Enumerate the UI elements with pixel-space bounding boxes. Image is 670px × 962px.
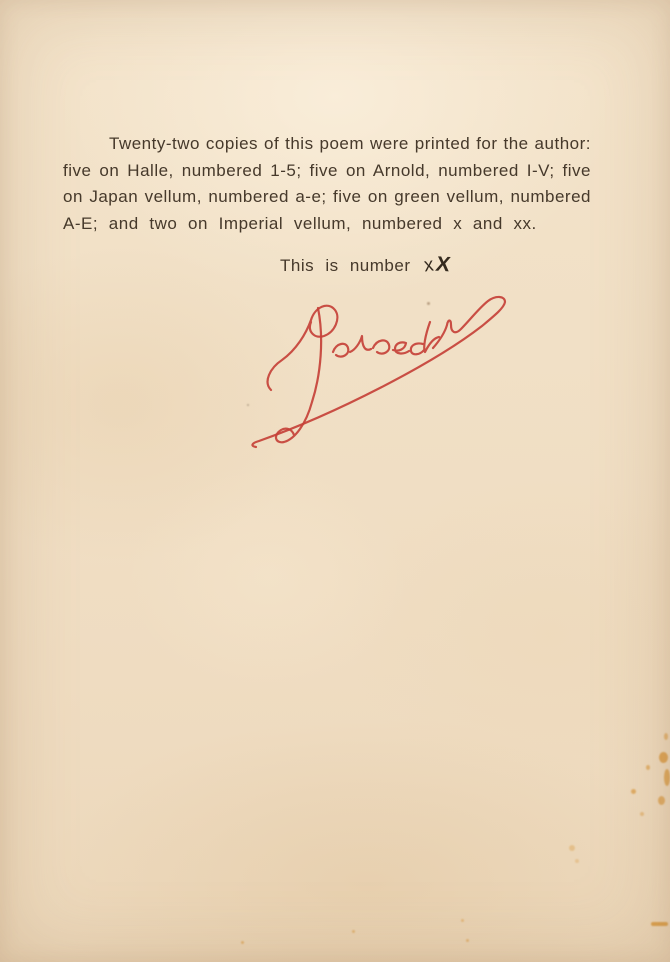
foxing-stain xyxy=(646,765,650,770)
foxing-stain xyxy=(466,939,469,942)
author-signature-red-ink xyxy=(237,288,517,453)
colophon-line: A-E; and two on Imperial vellum, numbere… xyxy=(63,211,591,238)
foxing-stain xyxy=(575,859,579,863)
foxing-stain xyxy=(352,930,355,933)
foxing-stain xyxy=(569,845,575,851)
limitation-number-line: This is number x X xyxy=(30,254,670,276)
colophon-line: Twenty-two copies of this poem were prin… xyxy=(63,131,591,158)
number-label: This is number xyxy=(280,256,410,276)
foxing-stain xyxy=(631,789,636,794)
colophon-line: on Japan vellum, numbered a-e; five on g… xyxy=(63,184,591,211)
foxing-stain xyxy=(664,733,668,740)
paper-speck xyxy=(247,404,249,406)
foxing-stain xyxy=(659,752,668,763)
foxing-stain xyxy=(651,922,668,926)
foxing-stain xyxy=(640,812,644,816)
paper-speck xyxy=(427,302,430,305)
book-colophon-page: Twenty-two copies of this poem were prin… xyxy=(0,0,670,962)
copy-number-mark: x xyxy=(423,255,435,275)
foxing-stain xyxy=(664,769,670,786)
colophon-text: Twenty-two copies of this poem were prin… xyxy=(63,131,591,237)
copy-number-mark: X xyxy=(434,254,452,276)
foxing-stain xyxy=(658,796,665,805)
foxing-stain xyxy=(461,919,464,922)
foxing-stain xyxy=(241,941,244,944)
colophon-line: five on Halle, numbered 1-5; five on Arn… xyxy=(63,158,591,185)
